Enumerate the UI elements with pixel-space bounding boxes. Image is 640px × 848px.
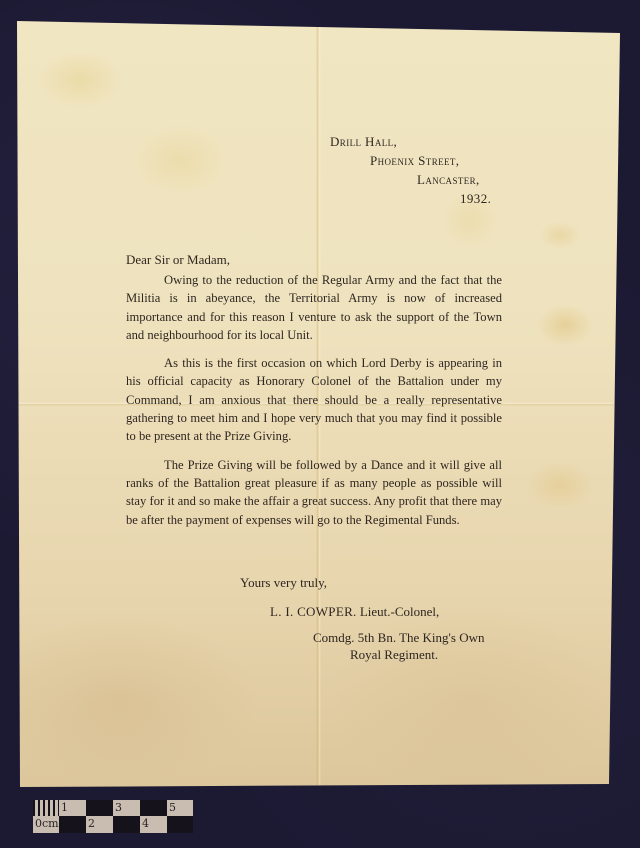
address-line-2: Phoenix Street, [370, 151, 491, 170]
signatory-command: Comdg. 5th Bn. The King's Own Royal Regi… [313, 629, 484, 663]
signature-line: L. I. COWPER. Lieut.-Colonel, [270, 604, 439, 620]
scale-cell: 5 [167, 800, 193, 816]
scale-cell [113, 816, 140, 833]
paragraph-3: The Prize Giving will be followed by a D… [126, 456, 502, 529]
address-line-3: Lancaster, [417, 170, 491, 189]
scale-cell: 4 [140, 816, 167, 833]
paragraph-1: Owing to the reduction of the Regular Ar… [126, 271, 502, 344]
letter-body: Owing to the reduction of the Regular Ar… [126, 271, 502, 539]
scale-cell: 3 [113, 800, 140, 816]
address-line-1: Drill Hall, [330, 132, 491, 151]
scale-cell: 0cm [33, 816, 59, 833]
letter-year: 1932. [460, 189, 491, 208]
sender-address: Drill Hall, Phoenix Street, Lancaster, 1… [330, 132, 491, 208]
scale-cell: 1 [59, 800, 86, 816]
paragraph-2: As this is the first occasion on which L… [126, 354, 502, 445]
salutation: Dear Sir or Madam, [126, 251, 230, 269]
command-line-2: Royal Regiment. [350, 646, 484, 663]
closing: Yours very truly, [240, 575, 327, 591]
scale-cell: 2 [86, 816, 113, 833]
scale-cell [140, 800, 167, 816]
signatory-name: L. I. COWPER. [270, 604, 357, 619]
scale-bar: 1 3 5 0cm 2 4 [33, 800, 193, 833]
signatory-rank: Lieut.-Colonel, [360, 604, 439, 619]
scale-mm-ticks [33, 800, 59, 816]
command-line-1: Comdg. 5th Bn. The King's Own [313, 629, 484, 646]
scale-cell [86, 800, 113, 816]
scale-cell [167, 816, 193, 833]
scale-cell [59, 816, 86, 833]
